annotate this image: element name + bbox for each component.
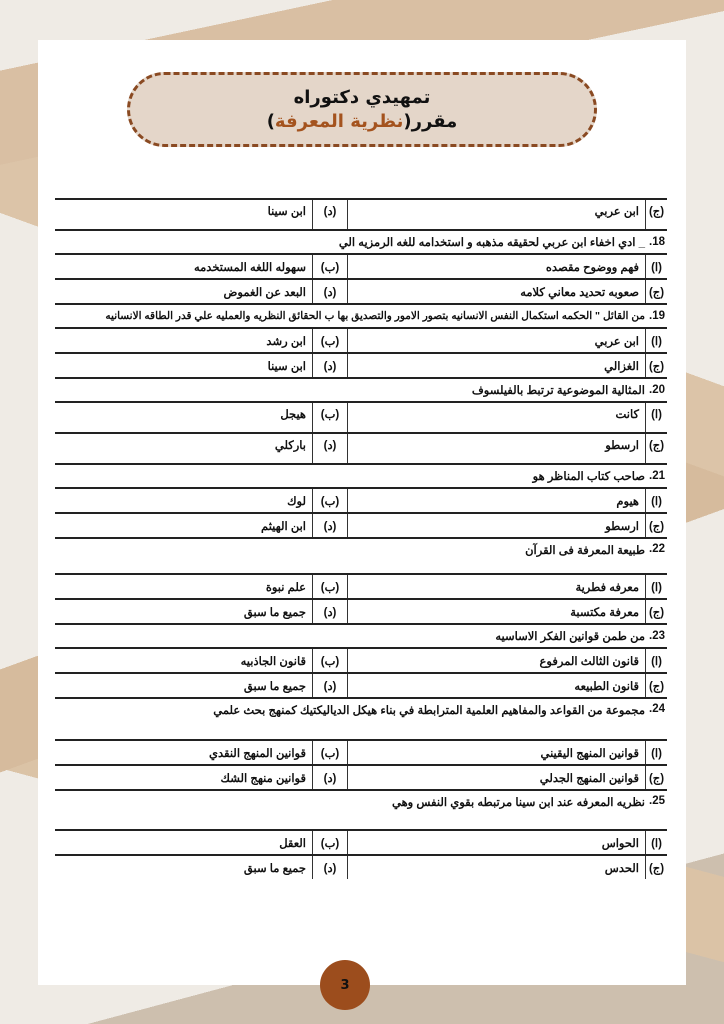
option-label: (ا) <box>645 649 667 672</box>
question-number: 19. <box>649 310 665 322</box>
option-row: (ج) صعوبه تحديد معاني كلامه (د) البعد عن… <box>55 278 667 303</box>
question-text: صاحب كتاب المناظر هو <box>533 469 645 483</box>
option-row: (ا) كانت (ب) هيجل <box>55 401 667 432</box>
question-22: 22. طبيعة المعرفة فى القرآن <box>55 537 667 573</box>
question-24: 24. مجموعة من القواعد والمفاهيم العلمية … <box>55 697 667 739</box>
option-text: هيجل <box>55 403 312 432</box>
option-text: الحواس <box>347 831 645 854</box>
option-text: ابن عربي <box>347 200 645 229</box>
option-label: (د) <box>312 600 347 623</box>
questions-table: (ج) ابن عربي (د) ابن سينا 18. _ ادي اخفا… <box>55 198 667 879</box>
option-label: (ب) <box>312 649 347 672</box>
option-text: فهم ووضوح مقصده <box>347 255 645 278</box>
option-text: البعد عن الغموض <box>55 280 312 303</box>
option-text: قوانين المنهج اليقيني <box>347 741 645 764</box>
question-text: مجموعة من القواعد والمفاهيم العلمية المت… <box>213 703 645 717</box>
question-25: 25. نظريه المعرفه عند ابن سينا مرتبطه بق… <box>55 789 667 829</box>
option-row: (ج) ارسطو (د) باركلي <box>55 432 667 463</box>
option-text: ارسطو <box>347 434 645 463</box>
question-18: 18. _ ادي اخفاء ابن عربي لحقيقه مذهبه و … <box>55 229 667 253</box>
option-label: (ب) <box>312 329 347 352</box>
option-text: قوانين منهج الشك <box>55 766 312 789</box>
question-number: 20. <box>649 384 665 396</box>
option-text: الحدس <box>347 856 645 879</box>
page-title: تمهيدي دكتوراه <box>294 86 431 110</box>
option-label: (د) <box>312 354 347 377</box>
question-text: المثالية الموضوعية ترتبط بالفيلسوف <box>472 383 645 397</box>
option-row: (ا) قانون الثالث المرفوع (ب) قانون الجاذ… <box>55 647 667 672</box>
option-text: صعوبه تحديد معاني كلامه <box>347 280 645 303</box>
question-21: 21. صاحب كتاب المناظر هو <box>55 463 667 487</box>
option-row: (ج) قوانين المنهج الجدلي (د) قوانين منهج… <box>55 764 667 789</box>
course-line: مقرر(نظرية المعرفة) <box>267 110 458 134</box>
option-row: (ا) قوانين المنهج اليقيني (ب) قوانين الم… <box>55 739 667 764</box>
option-text: جميع ما سبق <box>55 600 312 623</box>
option-text: سهوله اللغه المستخدمه <box>55 255 312 278</box>
option-text: ابن عربي <box>347 329 645 352</box>
option-row: (ا) معرفه فطرية (ب) علم نبوة <box>55 573 667 598</box>
option-text: قانون الجاذبيه <box>55 649 312 672</box>
question-number: 21. <box>649 470 665 482</box>
option-label: (د) <box>312 674 347 697</box>
option-text: معرفه فطرية <box>347 575 645 598</box>
option-label: (ج) <box>645 200 667 229</box>
page-number-badge: 3 <box>320 960 370 1010</box>
question-text: من القائل " الحكمه استكمال النفس الانسان… <box>105 310 645 322</box>
question-19: 19. من القائل " الحكمه استكمال النفس الا… <box>55 303 667 327</box>
option-label: (ا) <box>645 403 667 432</box>
question-number: 22. <box>649 543 665 555</box>
option-text: ابن سينا <box>55 354 312 377</box>
option-row: (ج) قانون الطبيعه (د) جميع ما سبق <box>55 672 667 697</box>
course-prefix: مقرر <box>412 111 458 132</box>
option-label: (ا) <box>645 831 667 854</box>
question-text: نظريه المعرفه عند ابن سينا مرتبطه بقوي ا… <box>392 795 645 809</box>
option-label: (ب) <box>312 489 347 512</box>
option-text: معرفة مكتسبة <box>347 600 645 623</box>
option-label: (ا) <box>645 489 667 512</box>
question-number: 18. <box>649 236 665 248</box>
question-23: 23. من طمن قوانين الفكر الاساسيه <box>55 623 667 647</box>
paren-open: ( <box>403 111 411 132</box>
option-label: (ب) <box>312 831 347 854</box>
option-label: (ب) <box>312 741 347 764</box>
option-text: ابن الهيثم <box>55 514 312 537</box>
option-row: (ا) هيوم (ب) لوك <box>55 487 667 512</box>
option-text: العقل <box>55 831 312 854</box>
option-row: (ج) معرفة مكتسبة (د) جميع ما سبق <box>55 598 667 623</box>
option-text: جميع ما سبق <box>55 856 312 879</box>
question-number: 25. <box>649 795 665 807</box>
option-text: ارسطو <box>347 514 645 537</box>
option-label: (ا) <box>645 329 667 352</box>
document-page: تمهيدي دكتوراه مقرر(نظرية المعرفة) (ج) ا… <box>38 40 686 985</box>
option-label: (د) <box>312 200 347 229</box>
option-row: (ج) الحدس (د) جميع ما سبق <box>55 854 667 879</box>
option-label: (ج) <box>645 600 667 623</box>
option-row: (ج) ارسطو (د) ابن الهيثم <box>55 512 667 537</box>
option-label: (ب) <box>312 575 347 598</box>
option-text: الغزالي <box>347 354 645 377</box>
option-text: قانون الثالث المرفوع <box>347 649 645 672</box>
option-text: علم نبوة <box>55 575 312 598</box>
question-text: طبيعة المعرفة فى القرآن <box>525 543 645 557</box>
option-text: هيوم <box>347 489 645 512</box>
question-20: 20. المثالية الموضوعية ترتبط بالفيلسوف <box>55 377 667 401</box>
option-row: (ا) الحواس (ب) العقل <box>55 829 667 854</box>
option-label: (ا) <box>645 741 667 764</box>
option-label: (د) <box>312 856 347 879</box>
question-text: من طمن قوانين الفكر الاساسيه <box>495 629 645 643</box>
option-text: قوانين المنهج الجدلي <box>347 766 645 789</box>
option-label: (ب) <box>312 255 347 278</box>
option-text: قانون الطبيعه <box>347 674 645 697</box>
option-text: لوك <box>55 489 312 512</box>
option-label: (ج) <box>645 766 667 789</box>
option-text: ابن رشد <box>55 329 312 352</box>
option-label: (د) <box>312 434 347 463</box>
question-number: 23. <box>649 630 665 642</box>
option-label: (ج) <box>645 674 667 697</box>
option-row: (ج) الغزالي (د) ابن سينا <box>55 352 667 377</box>
option-label: (ج) <box>645 354 667 377</box>
option-label: (ج) <box>645 856 667 879</box>
option-label: (ج) <box>645 514 667 537</box>
option-text: ابن سينا <box>55 200 312 229</box>
option-label: (ب) <box>312 403 347 432</box>
option-label: (د) <box>312 514 347 537</box>
option-row: (ج) ابن عربي (د) ابن سينا <box>55 198 667 229</box>
question-number: 24. <box>649 703 665 715</box>
option-label: (ا) <box>645 575 667 598</box>
header-banner: تمهيدي دكتوراه مقرر(نظرية المعرفة) <box>127 72 597 147</box>
paren-close: ) <box>267 111 275 132</box>
option-row: (ا) فهم ووضوح مقصده (ب) سهوله اللغه المس… <box>55 253 667 278</box>
option-label: (ج) <box>645 280 667 303</box>
option-label: (د) <box>312 280 347 303</box>
option-label: (ا) <box>645 255 667 278</box>
option-text: جميع ما سبق <box>55 674 312 697</box>
question-text: _ ادي اخفاء ابن عربي لحقيقه مذهبه و استخ… <box>339 235 645 249</box>
option-text: قوانين المنهج النقدي <box>55 741 312 764</box>
option-row: (ا) ابن عربي (ب) ابن رشد <box>55 327 667 352</box>
course-name: نظرية المعرفة <box>275 111 404 132</box>
option-label: (د) <box>312 766 347 789</box>
option-text: باركلي <box>55 434 312 463</box>
option-text: كانت <box>347 403 645 432</box>
option-label: (ج) <box>645 434 667 463</box>
